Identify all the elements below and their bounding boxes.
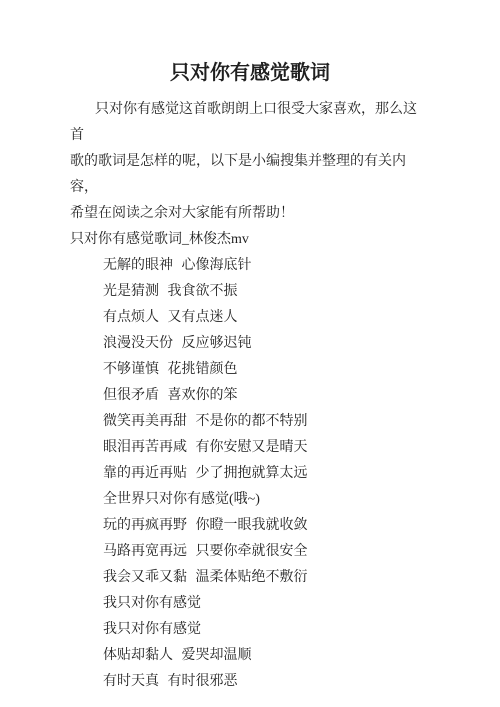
lyric-line: 我只对你有感觉	[70, 617, 430, 643]
intro-line: 希望在阅读之余对大家能有所帮助！	[70, 201, 430, 227]
lyric-line: 但很矛盾 喜欢你的笨	[70, 383, 430, 409]
intro-paragraph: 只对你有感觉这首歌朗朗上口很受大家喜欢，那么这首歌的歌词是怎样的呢，以下是小编搜…	[70, 97, 430, 227]
lyric-line: 玩的再疯再野 你瞪一眼我就收敛	[70, 513, 430, 539]
lyric-line: 我会又乖又黏 温柔体贴绝不敷衍	[70, 565, 430, 591]
document-page: 只对你有感觉歌词 只对你有感觉这首歌朗朗上口很受大家喜欢，那么这首歌的歌词是怎样…	[0, 0, 500, 707]
document-body: 只对你有感觉这首歌朗朗上口很受大家喜欢，那么这首歌的歌词是怎样的呢，以下是小编搜…	[70, 97, 430, 695]
lyric-line: 有点烦人 又有点迷人	[70, 305, 430, 331]
song-subtitle: 只对你有感觉歌词_林俊杰mv	[70, 227, 430, 253]
lyric-line: 体贴却黏人 爱哭却温顺	[70, 643, 430, 669]
page-title: 只对你有感觉歌词	[70, 58, 430, 88]
lyric-line: 马路再宽再远 只要你牵就很安全	[70, 539, 430, 565]
lyric-line: 靠的再近再贴 少了拥抱就算太远	[70, 461, 430, 487]
lyric-line: 我只对你有感觉	[70, 591, 430, 617]
lyrics-block: 无解的眼神 心像海底针光是猜测 我食欲不振有点烦人 又有点迷人浪漫没天份 反应够…	[70, 253, 430, 695]
lyric-line: 光是猜测 我食欲不振	[70, 279, 430, 305]
intro-line: 只对你有感觉这首歌朗朗上口很受大家喜欢，那么这首	[70, 97, 430, 149]
intro-line: 歌的歌词是怎样的呢，以下是小编搜集并整理的有关内容，	[70, 149, 430, 201]
lyric-line: 不够谨慎 花挑错颜色	[70, 357, 430, 383]
lyric-line: 浪漫没天份 反应够迟钝	[70, 331, 430, 357]
lyric-line: 全世界只对你有感觉(哦~)	[70, 487, 430, 513]
lyric-line: 眼泪再苦再咸 有你安慰又是晴天	[70, 435, 430, 461]
lyric-line: 有时天真 有时很邪恶	[70, 669, 430, 695]
lyric-line: 微笑再美再甜 不是你的都不特别	[70, 409, 430, 435]
lyric-line: 无解的眼神 心像海底针	[70, 253, 430, 279]
